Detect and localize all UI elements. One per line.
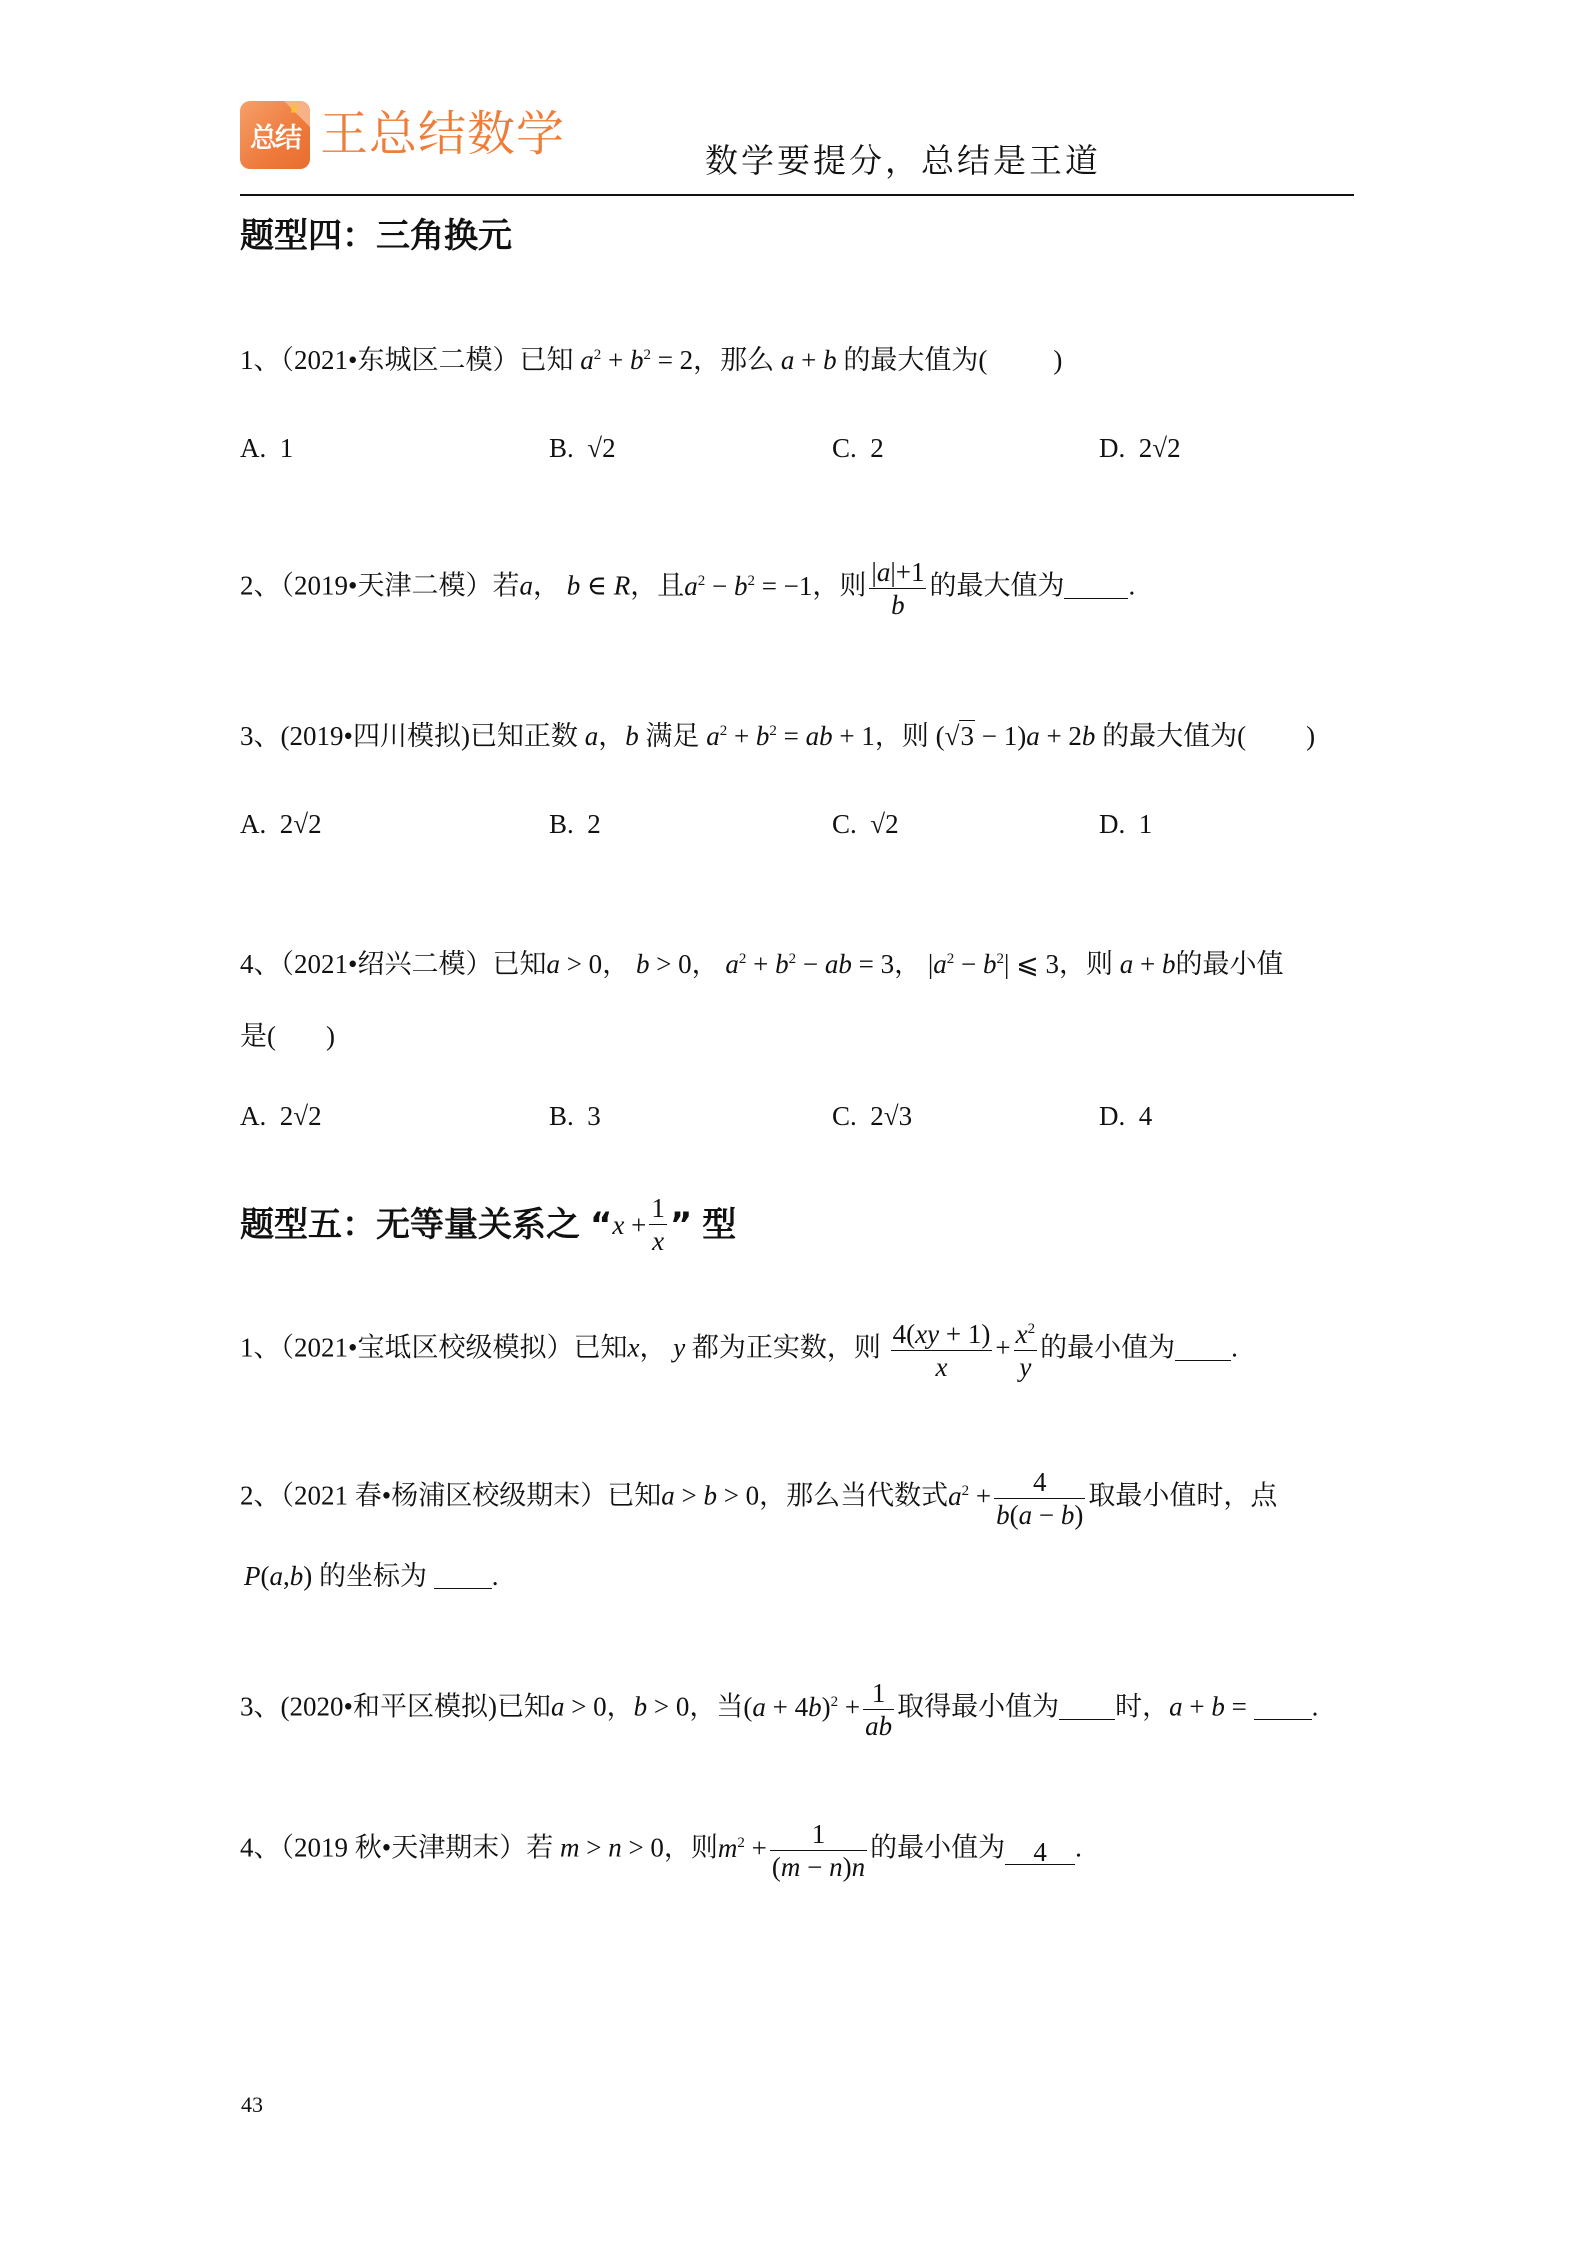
fraction: 4b(a − b) [994, 1466, 1085, 1531]
option-value: 1 [280, 433, 294, 463]
question-text: ) [326, 1021, 335, 1051]
question-text: ， [639, 1333, 666, 1363]
answer-blank[interactable] [1175, 1330, 1231, 1361]
fraction-numerator: x2 [1014, 1318, 1037, 1351]
header-divider [240, 194, 1354, 196]
open-quote: “ [590, 1203, 612, 1247]
fraction: |a|+1b [869, 556, 926, 621]
period: . [492, 1561, 499, 1591]
page-number: 43 [241, 2092, 263, 2118]
fraction-denominator: x [891, 1351, 993, 1383]
fraction-numerator: 1 [649, 1192, 667, 1225]
option-label: A. [240, 433, 266, 463]
option-value: 2 [870, 433, 884, 463]
question-text: 已知 [492, 949, 546, 979]
question-text: 的最小值 [1176, 949, 1284, 979]
variable: a [585, 721, 599, 751]
fraction-denominator: b(a − b) [994, 1499, 1085, 1531]
slogan: 数学要提分，总结是王道 [705, 140, 1101, 182]
question-5-3: 3、(2020•和平区模拟)已知a > 0，b > 0，当(a + 4b)2 +… [240, 1677, 1318, 1742]
option-c: C. √2 [832, 806, 899, 842]
fraction-numerator: |a|+1 [869, 556, 926, 589]
variable: x [612, 1203, 624, 1247]
question-text: 时， [1115, 1692, 1169, 1722]
variable: b [625, 721, 639, 751]
period: . [1075, 1833, 1082, 1863]
answer-blank-2[interactable] [1254, 1689, 1312, 1720]
formula: b > 0 [636, 949, 692, 979]
option-value: 2 [587, 809, 601, 839]
option-label: B. [549, 433, 574, 463]
variable: y [673, 1333, 685, 1363]
question-source: (2020•和平区模拟) [281, 1692, 497, 1722]
question-source: （2019 秋•天津期末） [281, 1833, 527, 1863]
section-title-4: 题型四：三角换元 [240, 214, 512, 258]
formula: b > 0 [634, 1692, 690, 1722]
question-text: 已知 [573, 1333, 627, 1363]
formula: P(a,b) [244, 1561, 312, 1591]
formula: a2 + b2 = ab + 1 [706, 721, 875, 751]
question-text: 都为正实数，则 [692, 1333, 881, 1363]
formula: b ∈ R [567, 571, 631, 601]
option-value: 2√2 [280, 1101, 322, 1131]
period: . [1312, 1692, 1319, 1722]
question-4-1: 1、（2021•东城区二模）已知 a2 + b2 = 2，那么 a + b 的最… [240, 342, 1062, 378]
question-text: ，则 [1059, 949, 1113, 979]
formula: m2 + [718, 1833, 767, 1863]
question-text: 满足 [645, 721, 699, 751]
option-a: A. 1 [240, 430, 293, 466]
question-5-2-continued: P(a,b) 的坐标为 . [244, 1558, 499, 1594]
section-title-suffix: 型 [702, 1203, 736, 1247]
question-source: （2021•宝坻区校级模拟） [281, 1333, 574, 1363]
formula: a > b > 0 [661, 1481, 759, 1511]
question-text: 若 [526, 1833, 553, 1863]
fraction-numerator: 1 [863, 1677, 894, 1710]
variable: a [519, 571, 533, 601]
question-text: 的最大值为 [929, 571, 1064, 601]
question-text: 取最小值时，点 [1088, 1481, 1277, 1511]
question-5-2: 2、（2021 春•杨浦区校级期末）已知a > b > 0，那么当代数式a2 +… [240, 1466, 1277, 1531]
option-label: C. [832, 809, 857, 839]
question-text: ，则 [812, 571, 866, 601]
formula: m > n > 0 [560, 1833, 664, 1863]
fraction: 1ab [863, 1677, 894, 1742]
formula: a + b [1120, 949, 1176, 979]
question-source: (2019•四川模拟) [281, 721, 470, 751]
fraction-denominator: ab [863, 1710, 894, 1742]
answer-blank[interactable] [434, 1558, 492, 1589]
question-text: 的坐标为 [319, 1561, 427, 1591]
question-text: 的最小值为 [1040, 1333, 1175, 1363]
question-number: 3、 [240, 1692, 281, 1722]
crown-icon: ♛ [288, 102, 306, 116]
fraction-denominator: (m − n)n [770, 1851, 867, 1883]
question-number: 2、 [240, 571, 281, 601]
option-value: 4 [1139, 1101, 1153, 1131]
question-text: 的最大值为( [843, 345, 987, 375]
option-label: B. [549, 1101, 574, 1131]
formula: a + b [774, 345, 843, 375]
option-b: B. 2 [549, 806, 601, 842]
option-d: D. 4 [1099, 1098, 1152, 1134]
answer-blank-1[interactable] [1059, 1689, 1115, 1720]
option-value: √2 [587, 433, 615, 463]
answer-blank[interactable]: 4 [1005, 1834, 1075, 1865]
question-source: （2019•天津二模） [281, 571, 493, 601]
option-b: B. √2 [549, 430, 616, 466]
option-d: D. 1 [1099, 806, 1152, 842]
question-text: ，则 [664, 1833, 718, 1863]
question-text: ， [607, 1692, 634, 1722]
fraction-denominator: b [869, 589, 926, 621]
formula: (√3 − 1)a + 2b [936, 721, 1096, 751]
question-text: 已知 [519, 345, 573, 375]
question-text: ， [602, 949, 629, 979]
question-text: 已知正数 [470, 721, 578, 751]
logo-badge: ♛ 总结 [240, 101, 310, 169]
formula: a2 + b2 = 2 [580, 345, 693, 375]
option-a: A. 2√2 [240, 1098, 322, 1134]
question-text: ) [1053, 345, 1062, 375]
option-value: 2√2 [1139, 433, 1181, 463]
option-c: C. 2√3 [832, 1098, 912, 1134]
question-text: 是( [240, 1021, 276, 1051]
question-source: （2021•绍兴二模） [281, 949, 493, 979]
question-text: ， [692, 949, 719, 979]
fraction-numerator: 1 [770, 1818, 867, 1851]
brand-name: 王总结数学 [320, 104, 565, 164]
question-4-2: 2、（2019•天津二模）若a， b ∈ R，且a2 − b2 = −1，则|a… [240, 556, 1135, 621]
fraction: x2y [1014, 1318, 1037, 1383]
option-label: D. [1099, 1101, 1125, 1131]
question-number: 3、 [240, 721, 281, 751]
variable: x [652, 1226, 664, 1256]
question-source: （2021 春•杨浦区校级期末） [281, 1481, 608, 1511]
question-text: ，且 [630, 571, 684, 601]
fraction-numerator: 4 [994, 1466, 1085, 1499]
option-label: B. [549, 809, 574, 839]
question-text: ，那么 [693, 345, 774, 375]
option-value: √2 [870, 809, 898, 839]
question-source: （2021•东城区二模） [281, 345, 520, 375]
option-value: 2√2 [280, 809, 322, 839]
question-number: 1、 [240, 345, 281, 375]
option-label: C. [832, 433, 857, 463]
question-number: 1、 [240, 1333, 281, 1363]
option-label: D. [1099, 433, 1125, 463]
formula: a + b = [1169, 1692, 1247, 1722]
question-text: 取得最小值为 [897, 1692, 1059, 1722]
formula: a > 0 [551, 1692, 607, 1722]
option-value: 2√3 [870, 1101, 912, 1131]
question-text: ， [533, 571, 560, 601]
period: . [1231, 1333, 1238, 1363]
question-5-1: 1、（2021•宝坻区校级模拟）已知x， y 都为正实数，则 4(xy + 1)… [240, 1318, 1238, 1383]
question-number: 4、 [240, 1833, 281, 1863]
option-value: 1 [1139, 809, 1153, 839]
formula: a2 + [948, 1481, 991, 1511]
formula: |a2 − b2| ⩽ 3 [928, 949, 1059, 979]
period: . [1128, 571, 1135, 601]
section-title-5: 题型五：无等量关系之 “ x + 1x ” 型 [240, 1192, 736, 1257]
formula: a > 0 [546, 949, 602, 979]
variable: x [627, 1333, 639, 1363]
fraction: 1x [649, 1192, 667, 1257]
option-b: B. 3 [549, 1098, 601, 1134]
question-text: ， [894, 949, 921, 979]
question-4-3: 3、(2019•四川模拟)已知正数 a，b 满足 a2 + b2 = ab + … [240, 718, 1315, 754]
question-text: ，那么当代数式 [759, 1481, 948, 1511]
option-label: C. [832, 1101, 857, 1131]
formula: a2 + b2 − ab = 3 [725, 949, 894, 979]
formula: a2 − b2 = −1 [684, 571, 812, 601]
question-text: 已知 [497, 1692, 551, 1722]
question-text: 若 [492, 571, 519, 601]
question-4-4-continued: 是() [240, 1018, 335, 1054]
fraction-numerator: 4(xy + 1) [891, 1318, 993, 1351]
option-d: D. 2√2 [1099, 430, 1181, 466]
option-label: A. [240, 1101, 266, 1131]
question-text: 的最小值为 [870, 1833, 1005, 1863]
fraction-denominator: y [1014, 1351, 1037, 1383]
question-number: 4、 [240, 949, 281, 979]
question-text: ，当 [689, 1692, 743, 1722]
title-formula: x + 1x [612, 1192, 669, 1257]
option-c: C. 2 [832, 430, 884, 466]
question-text: 的最大值为( [1102, 721, 1246, 751]
question-4-4: 4、（2021•绍兴二模）已知a > 0， b > 0， a2 + b2 − a… [240, 946, 1284, 982]
close-quote: ” [670, 1203, 692, 1247]
question-text: ，则 [875, 721, 929, 751]
fraction: 1(m − n)n [770, 1818, 867, 1883]
option-a: A. 2√2 [240, 806, 322, 842]
answer-blank[interactable] [1064, 568, 1128, 599]
question-text: ， [598, 721, 625, 751]
fraction-denominator: x [649, 1225, 667, 1257]
formula: (a + 4b)2 + [743, 1692, 860, 1722]
option-label: A. [240, 809, 266, 839]
question-number: 2、 [240, 1481, 281, 1511]
question-text: 已知 [607, 1481, 661, 1511]
option-label: D. [1099, 809, 1125, 839]
fraction: 4(xy + 1)x [891, 1318, 993, 1383]
section-title-text: 题型五：无等量关系之 [240, 1203, 580, 1247]
question-text: ) [1306, 721, 1315, 751]
question-5-4: 4、（2019 秋•天津期末）若 m > n > 0，则m2 +1(m − n)… [240, 1818, 1082, 1883]
option-value: 3 [587, 1101, 601, 1131]
